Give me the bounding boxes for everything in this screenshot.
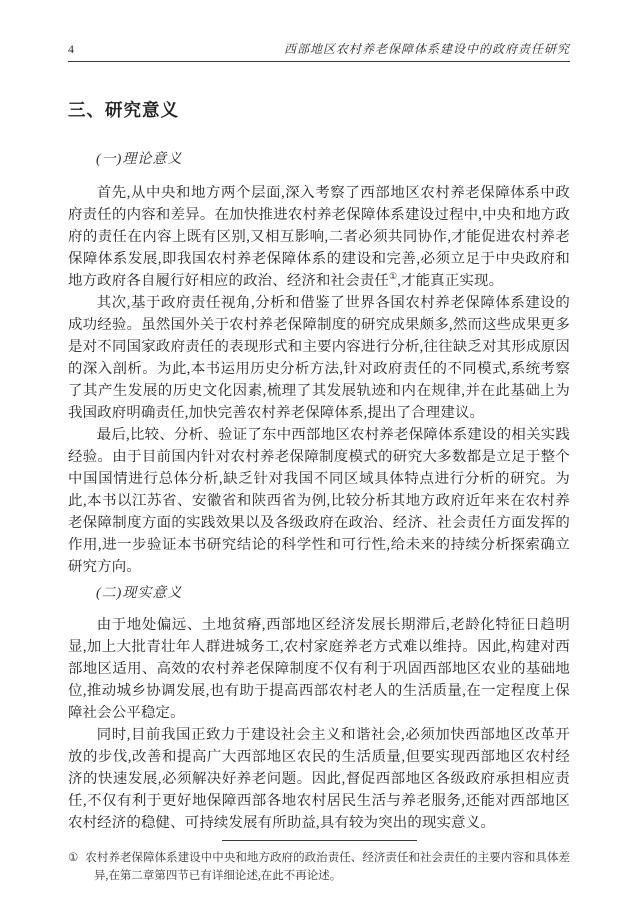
paragraph: 其次,基于政府责任视角,分析和借鉴了世界各国农村养老保障体系建设的成功经验。虽然… bbox=[68, 292, 570, 424]
running-title: 西部地区农村养老保障体系建设中的政府责任研究 bbox=[284, 42, 570, 57]
book-page: 4 西部地区农村养老保障体系建设中的政府责任研究 三、研究意义 (一)理论意义 … bbox=[0, 0, 638, 902]
paragraph: 由于地处偏远、土地贫瘠,西部地区经济发展长期滞后,老龄化特征日趋明显,加上大批青… bbox=[68, 614, 570, 724]
paragraph-text: ,才能真正实现。 bbox=[397, 273, 503, 289]
footnote: ①农村养老保障体系建设中中央和地方政府的政治责任、经济责任和社会责任的主要内容和… bbox=[68, 849, 570, 885]
subsection-title-practical: (二)现实意义 bbox=[96, 586, 570, 602]
subsection-title-theory: (一)理论意义 bbox=[96, 152, 570, 168]
page-header: 4 西部地区农村养老保障体系建设中的政府责任研究 bbox=[68, 42, 570, 62]
section-theory-body: 首先,从中央和地方两个层面,深入考察了西部地区农村养老保障体系中政府责任的内容和… bbox=[68, 182, 570, 578]
section-heading: 三、研究意义 bbox=[68, 98, 570, 122]
page-number: 4 bbox=[68, 42, 74, 57]
paragraph: 同时,目前我国正致力于建设社会主义和谐社会,必须加快西部地区改革开放的步伐,改善… bbox=[68, 724, 570, 834]
paragraph: 首先,从中央和地方两个层面,深入考察了西部地区农村养老保障体系中政府责任的内容和… bbox=[68, 182, 570, 292]
footnote-separator bbox=[222, 840, 417, 841]
section-practical-body: 由于地处偏远、土地贫瘠,西部地区经济发展长期滞后,老龄化特征日趋明显,加上大批青… bbox=[68, 614, 570, 834]
paragraph: 最后,比较、分析、验证了东中西部地区农村养老保障体系建设的相关实践经验。由于目前… bbox=[68, 424, 570, 578]
footnote-text: 农村养老保障体系建设中中央和地方政府的政治责任、经济责任和社会责任的主要内容和具… bbox=[85, 852, 570, 882]
footnote-marker: ① bbox=[68, 852, 78, 864]
